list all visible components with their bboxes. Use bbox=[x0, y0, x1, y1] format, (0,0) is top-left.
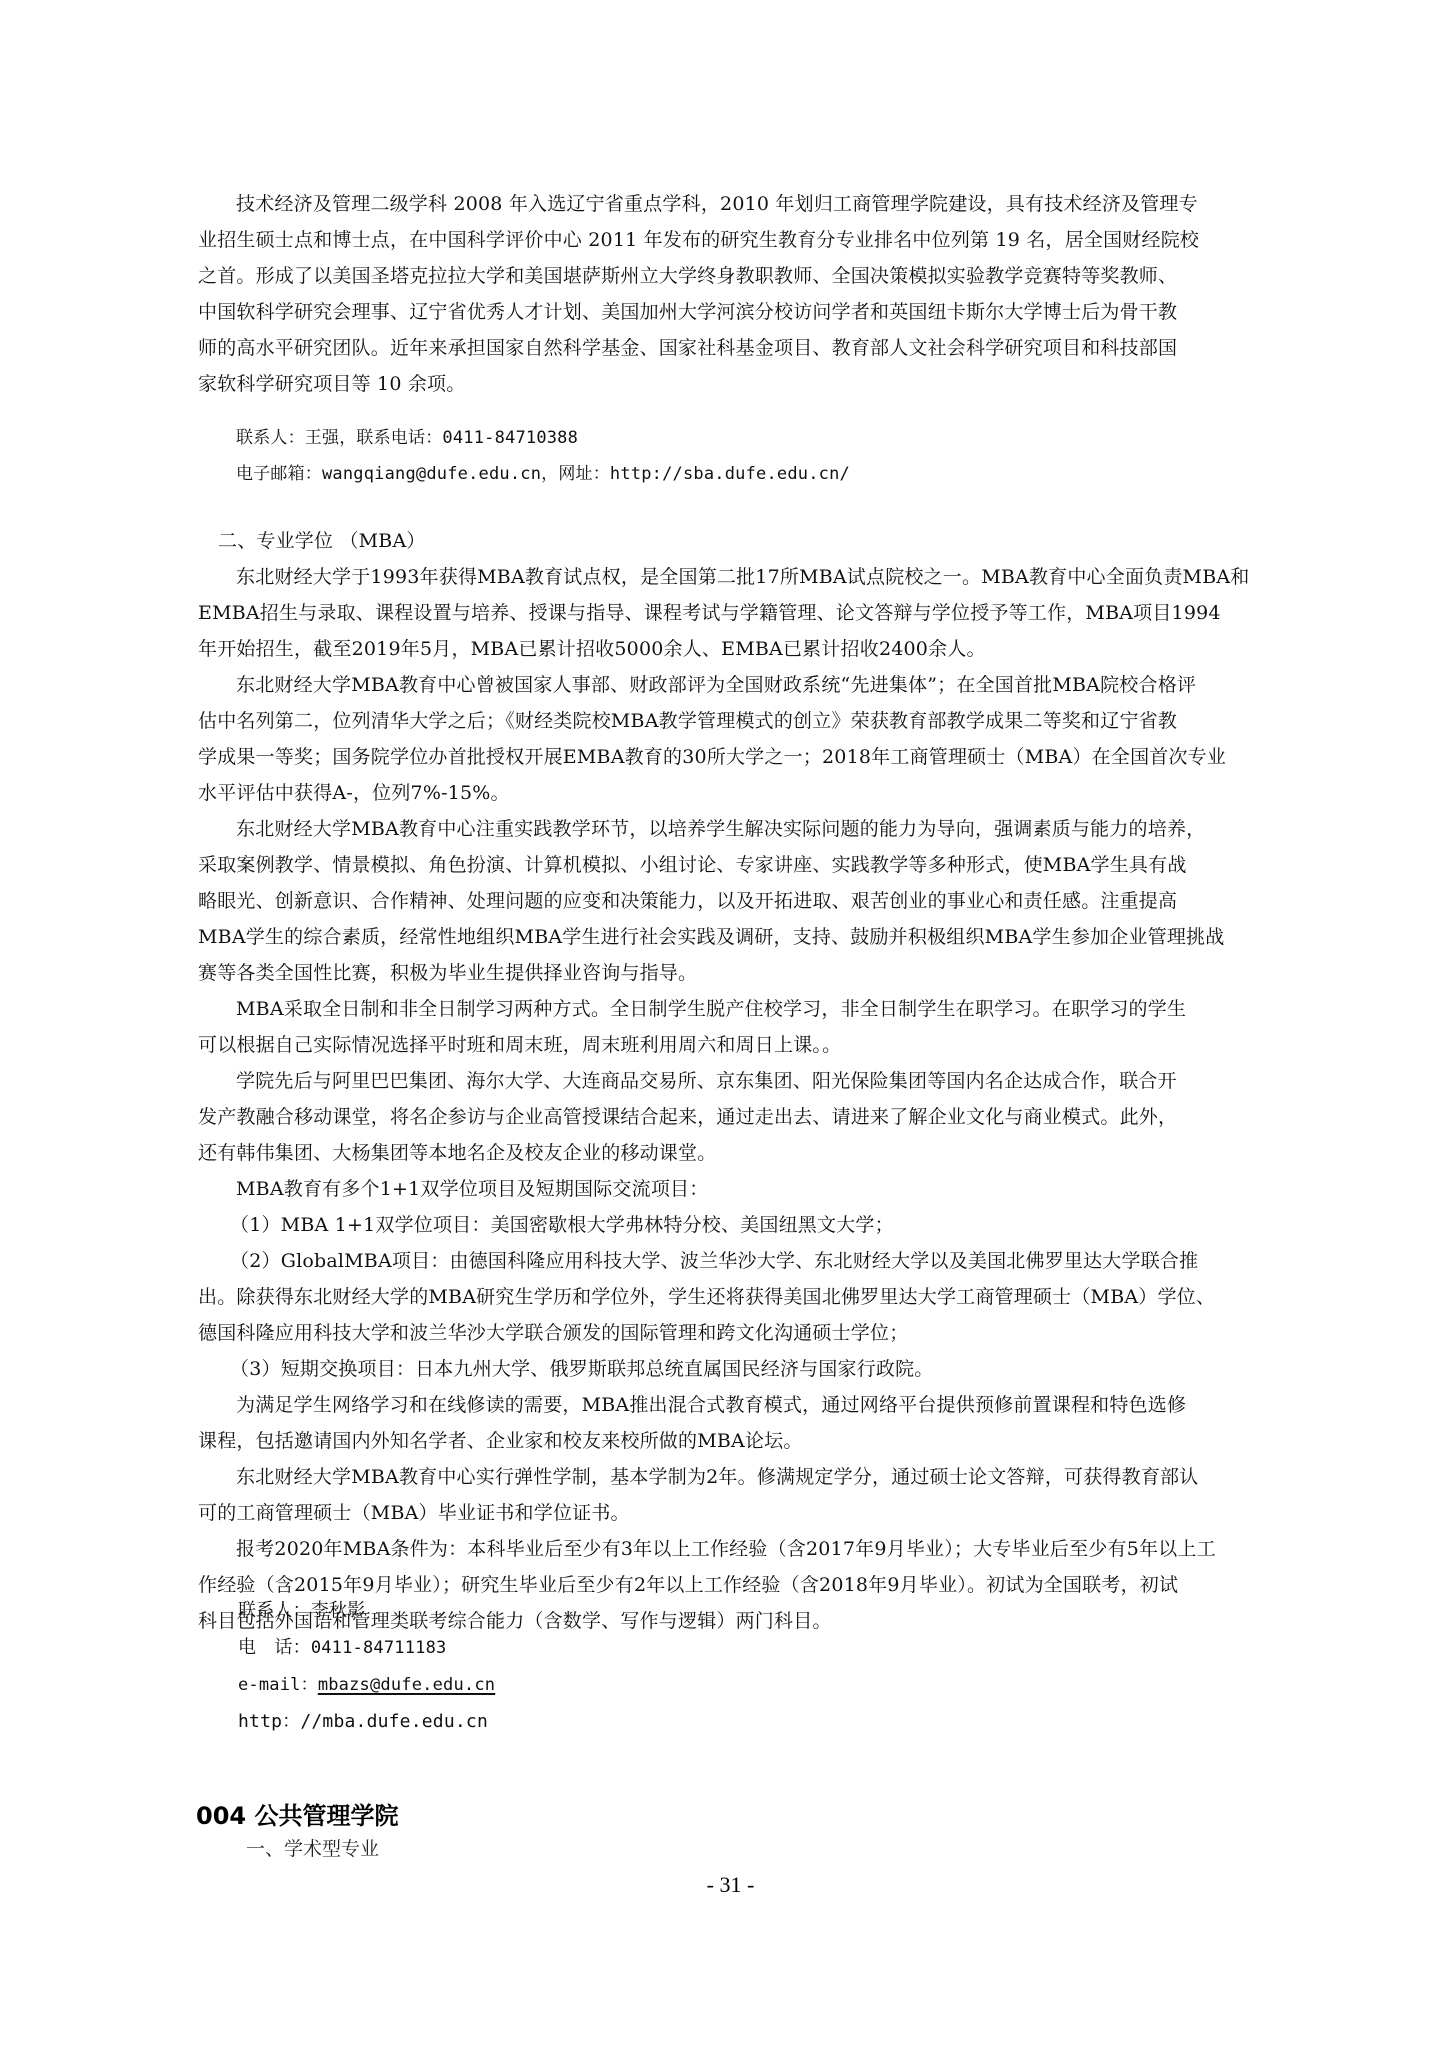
contact-email-website[interactable]: 电子邮箱：wangqiang@dufe.edu.cn，网址：http://sba… bbox=[198, 456, 1258, 492]
paragraph-line: 东北财经大学MBA教育中心注重实践教学环节，以培养学生解决实际问题的能力为导向，… bbox=[198, 811, 1258, 847]
section-mba: 二、专业学位 （MBA） bbox=[198, 523, 1258, 559]
paragraph-line: 可的工商管理硕士（MBA）毕业证书和学位证书。 bbox=[198, 1495, 1258, 1531]
paragraph-line: 家软科学研究项目等 10 余项。 bbox=[198, 366, 1258, 402]
phone-label: 电 话： bbox=[238, 1637, 311, 1658]
paragraph-line: MBA采取全日制和非全日制学习两种方式。全日制学生脱产住校学习，非全日制学生在职… bbox=[198, 991, 1258, 1027]
paragraph-line: 赛等各类全国性比赛，积极为毕业生提供择业咨询与指导。 bbox=[198, 955, 1258, 991]
program-item: （3）短期交换项目：日本九州大学、俄罗斯联邦总统直属国民经济与国家行政院。 bbox=[198, 1351, 1258, 1387]
paragraph-line: 技术经济及管理二级学科 2008 年入选辽宁省重点学科，2010 年划归工商管理… bbox=[198, 186, 1258, 222]
paragraph-line: 东北财经大学MBA教育中心曾被国家人事部、财政部评为全国财政系统“先进集体”；在… bbox=[198, 667, 1258, 703]
contact-phone-row: 电 话：0411-84711183 bbox=[198, 1629, 1258, 1666]
section-heading-mba: 二、专业学位 （MBA） bbox=[198, 523, 1258, 559]
page-number: - 31 - bbox=[0, 1872, 1449, 1898]
paragraph-line: 东北财经大学MBA教育中心实行弹性学制，基本学制为2年。修满规定学分，通过硕士论… bbox=[198, 1459, 1258, 1495]
paragraph-line: 水平评估中获得A-，位列7%-15%。 bbox=[198, 775, 1258, 811]
contact-block-1: 联系人：王强，联系电话：0411-84710388 电子邮箱：wangqiang… bbox=[198, 420, 1258, 492]
paragraph-line: 之首。形成了以美国圣塔克拉拉大学和美国堪萨斯州立大学终身教职教师、全国决策模拟实… bbox=[198, 258, 1258, 294]
paragraph-line: EMBA招生与录取、课程设置与培养、授课与指导、课程考试与学籍管理、论文答辩与学… bbox=[198, 595, 1258, 631]
document-page: 技术经济及管理二级学科 2008 年入选辽宁省重点学科，2010 年划归工商管理… bbox=[0, 0, 1449, 2048]
paragraph-line: MBA教育有多个1+1双学位项目及短期国际交流项目： bbox=[198, 1171, 1258, 1207]
paragraph-line: 报考2020年MBA条件为：本科毕业后至少有3年以上工作经验（含2017年9月毕… bbox=[198, 1531, 1258, 1567]
department-heading: 004 公共管理学院 bbox=[196, 1796, 398, 1831]
paragraph-line: 为满足学生网络学习和在线修读的需要，MBA推出混合式教育模式，通过网络平台提供预… bbox=[198, 1387, 1258, 1423]
paragraph-line: 还有韩伟集团、大杨集团等本地名企及校友企业的移动课堂。 bbox=[198, 1135, 1258, 1171]
paragraph-line: 中国软科学研究会理事、辽宁省优秀人才计划、美国加州大学河滨分校访问学者和英国纽卡… bbox=[198, 294, 1258, 330]
website-link[interactable]: http：//mba.dufe.edu.cn bbox=[198, 1703, 1258, 1740]
contact-block-2: 联系人：李秋影 电 话：0411-84711183 e-mail：mbazs@d… bbox=[198, 1592, 1258, 1740]
paragraph-line: 发产教融合移动课堂，将名企参访与企业高管授课结合起来，通过走出去、请进来了解企业… bbox=[198, 1099, 1258, 1135]
phone-value: 0411-84711183 bbox=[311, 1638, 447, 1658]
contact-person: 联系人：李秋影 bbox=[198, 1592, 1258, 1629]
paragraph-line: 可以根据自己实际情况选择平时班和周末班，周末班利用周六和周日上课。。 bbox=[198, 1027, 1258, 1063]
mba-body: 东北财经大学于1993年获得MBA教育试点权，是全国第二批17所MBA试点院校之… bbox=[198, 559, 1258, 1639]
paragraph-line: 略眼光、创新意识、合作精神、处理问题的应变和决策能力，以及开拓进取、艰苦创业的事… bbox=[198, 883, 1258, 919]
email-link[interactable]: mbazs@dufe.edu.cn bbox=[318, 1675, 495, 1695]
paragraph-line: 学成果一等奖；国务院学位办首批授权开展EMBA教育的30所大学之一；2018年工… bbox=[198, 739, 1258, 775]
paragraph-line: 业招生硕士点和博士点，在中国科学评价中心 2011 年发布的研究生教育分专业排名… bbox=[198, 222, 1258, 258]
paragraph-line: 采取案例教学、情景模拟、角色扮演、计算机模拟、小组讨论、专家讲座、实践教学等多种… bbox=[198, 847, 1258, 883]
program-item-line: 出。除获得东北财经大学的MBA研究生学历和学位外，学生还将获得美国北佛罗里达大学… bbox=[198, 1279, 1258, 1315]
contact-person-phone: 联系人：王强，联系电话：0411-84710388 bbox=[198, 420, 1258, 456]
paragraph-line: MBA学生的综合素质，经常性地组织MBA学生进行社会实践及调研，支持、鼓励并积极… bbox=[198, 919, 1258, 955]
paragraph-line: 师的高水平研究团队。近年来承担国家自然科学基金、国家社科基金项目、教育部人文社会… bbox=[198, 330, 1258, 366]
paragraph-line: 估中名列第二，位列清华大学之后；《财经类院校MBA教学管理模式的创立》荣获教育部… bbox=[198, 703, 1258, 739]
program-item: （1）MBA 1+1双学位项目：美国密歇根大学弗林特分校、美国纽黑文大学； bbox=[198, 1207, 1258, 1243]
paragraph-line: 课程，包括邀请国内外知名学者、企业家和校友来校所做的MBA论坛。 bbox=[198, 1423, 1258, 1459]
email-label: e-mail： bbox=[238, 1675, 318, 1695]
program-item: （2）GlobalMBA项目：由德国科隆应用科技大学、波兰华沙大学、东北财经大学… bbox=[198, 1243, 1258, 1279]
paragraph-line: 年开始招生，截至2019年5月，MBA已累计招收5000余人、EMBA已累计招收… bbox=[198, 631, 1258, 667]
intro-paragraph: 技术经济及管理二级学科 2008 年入选辽宁省重点学科，2010 年划归工商管理… bbox=[198, 186, 1258, 402]
paragraph-line: 东北财经大学于1993年获得MBA教育试点权，是全国第二批17所MBA试点院校之… bbox=[198, 559, 1258, 595]
program-item-line: 德国科隆应用科技大学和波兰华沙大学联合颁发的国际管理和跨文化沟通硕士学位； bbox=[198, 1315, 1258, 1351]
contact-email-row: e-mail：mbazs@dufe.edu.cn bbox=[198, 1666, 1258, 1703]
department-subheading: 一、学术型专业 bbox=[246, 1834, 379, 1861]
paragraph-line: 学院先后与阿里巴巴集团、海尔大学、大连商品交易所、京东集团、阳光保险集团等国内名… bbox=[198, 1063, 1258, 1099]
